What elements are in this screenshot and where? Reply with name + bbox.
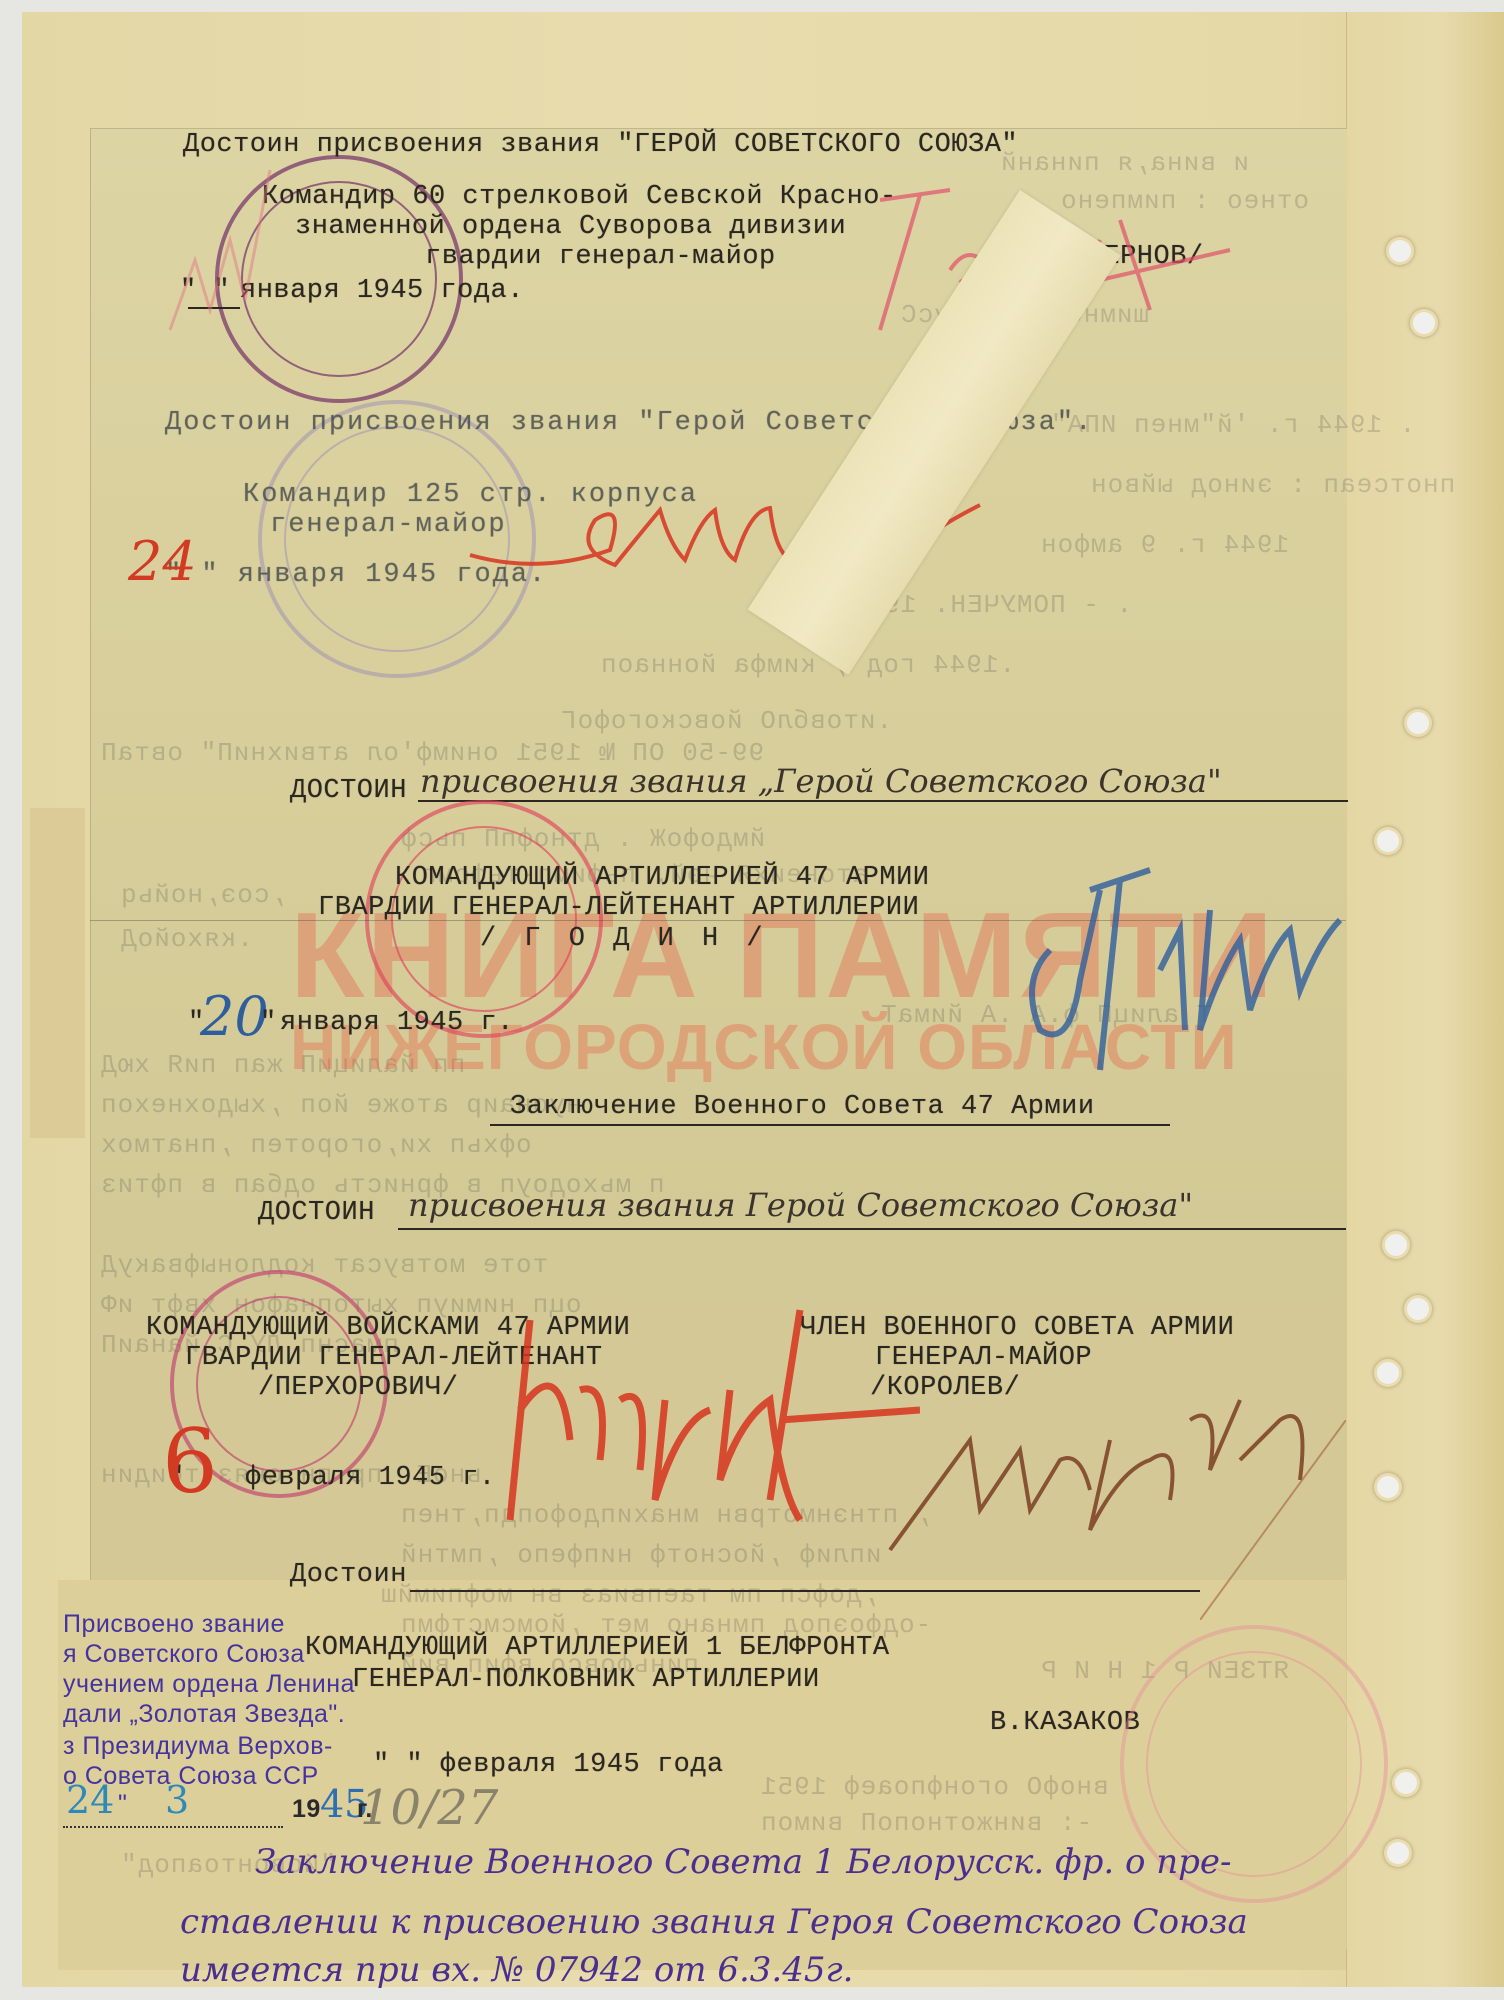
award-line-5: з Президиума Верхов-: [63, 1732, 333, 1761]
commander-signature: [480, 1290, 920, 1540]
punch-hole: [1377, 1476, 1399, 1498]
award-line-3: учением ордена Ленина: [63, 1670, 355, 1699]
punch-hole: [1377, 830, 1399, 852]
award-line-4: дали „Золотая Звезда".: [63, 1700, 345, 1729]
punch-hole: [1407, 712, 1429, 734]
division-verdict: Достоин присвоения звания "ГЕРОЙ СОВЕТСК…: [183, 130, 1018, 160]
note-line-1: Заключение Военного Совета 1 Белорусск. …: [255, 1842, 1232, 1882]
division-position-line-2: знаменной ордена Суворова дивизии: [295, 212, 846, 242]
division-position-line-1: Командир 60 стрелковой Севской Красно-: [262, 182, 897, 212]
division-rank: гвардии генерал-майор: [425, 242, 776, 272]
council-verdict-typed: ДОСТОИН: [258, 1198, 375, 1228]
verdict-blank-line: [410, 1590, 1200, 1592]
artillery-verdict-typed: ДОСТОИН: [290, 776, 407, 806]
front-date: " " февраля 1945 года: [373, 1750, 724, 1780]
note-line-2: ставлении к присвоению звания Героя Сове…: [180, 1902, 1248, 1942]
note-line-3: имеется при вх. № 07942 от 6.3.45г.: [180, 1950, 853, 1990]
verdict-underline: [418, 800, 1348, 802]
artillery-signature: [1010, 830, 1350, 1080]
artillery-verdict-handwritten: присвоения звания „Герой Советского Союз…: [420, 762, 1222, 800]
front-verdict-typed: Достоин: [290, 1560, 407, 1590]
artillery-position-line-2: ГВАРДИИ ГЕНЕРАЛ-ЛЕЙТЕНАНТ АРТИЛЛЕРИИ: [318, 893, 919, 923]
artillery-date-close-quote: ": [260, 1008, 277, 1038]
award-line-1: Присвоено звание: [63, 1610, 285, 1639]
heading-underline: [490, 1124, 1170, 1126]
date-dotted-line: [63, 1826, 283, 1828]
artillery-name: / Г О Д И Н /: [480, 924, 769, 954]
verdict-underline: [398, 1228, 1346, 1230]
award-date-year-prefix: 19: [292, 1795, 321, 1824]
council-verdict-handwritten: присвоения звания Герой Советского Союза…: [408, 1186, 1193, 1224]
front-position-line-1: КОМАНДУЮЩИЙ АРТИЛЛЕРИЕЙ 1 БЕЛФРОНТА: [305, 1633, 890, 1663]
award-date-day: 24: [66, 1778, 114, 1822]
artillery-position-line-1: КОМАНДУЮЩИЙ АРТИЛЛЕРИЕЙ 47 АРМИИ: [395, 863, 929, 893]
punch-hole: [1385, 1234, 1407, 1256]
punch-hole: [1413, 312, 1435, 334]
pencil-mark: [150, 140, 290, 340]
council-heading: Заключение Военного Совета 47 Армии: [510, 1092, 1095, 1122]
punch-hole: [1377, 1362, 1399, 1384]
award-date-quote: ": [118, 1790, 127, 1819]
registry-mark: 10/27: [360, 1780, 498, 1836]
council-date: февраля 1945 г.: [245, 1463, 496, 1493]
corps-margin-mark: 24: [128, 530, 197, 593]
front-position-line-2: ГЕНЕРАЛ-ПОЛКОВНИК АРТИЛЛЕРИИ: [352, 1665, 820, 1695]
front-name: В.КАЗАКОВ: [990, 1708, 1140, 1738]
paper-tab: [30, 808, 85, 1138]
award-line-2: я Советского Союза: [63, 1640, 305, 1669]
pencil-line: [1200, 1420, 1346, 1620]
artillery-date: января 1945 г.: [280, 1008, 514, 1038]
commander-name: /ПЕРХОРОВИЧ/: [258, 1373, 458, 1403]
council-date-day: 6: [162, 1410, 218, 1513]
artillery-date-day: 20: [200, 985, 269, 1048]
binding-strip: [1346, 12, 1504, 1987]
award-date-month: 3: [165, 1778, 189, 1822]
punch-hole: [1387, 1842, 1409, 1864]
punch-hole: [1407, 1298, 1429, 1320]
punch-hole: [1389, 240, 1411, 262]
punch-hole: [1395, 1772, 1417, 1794]
